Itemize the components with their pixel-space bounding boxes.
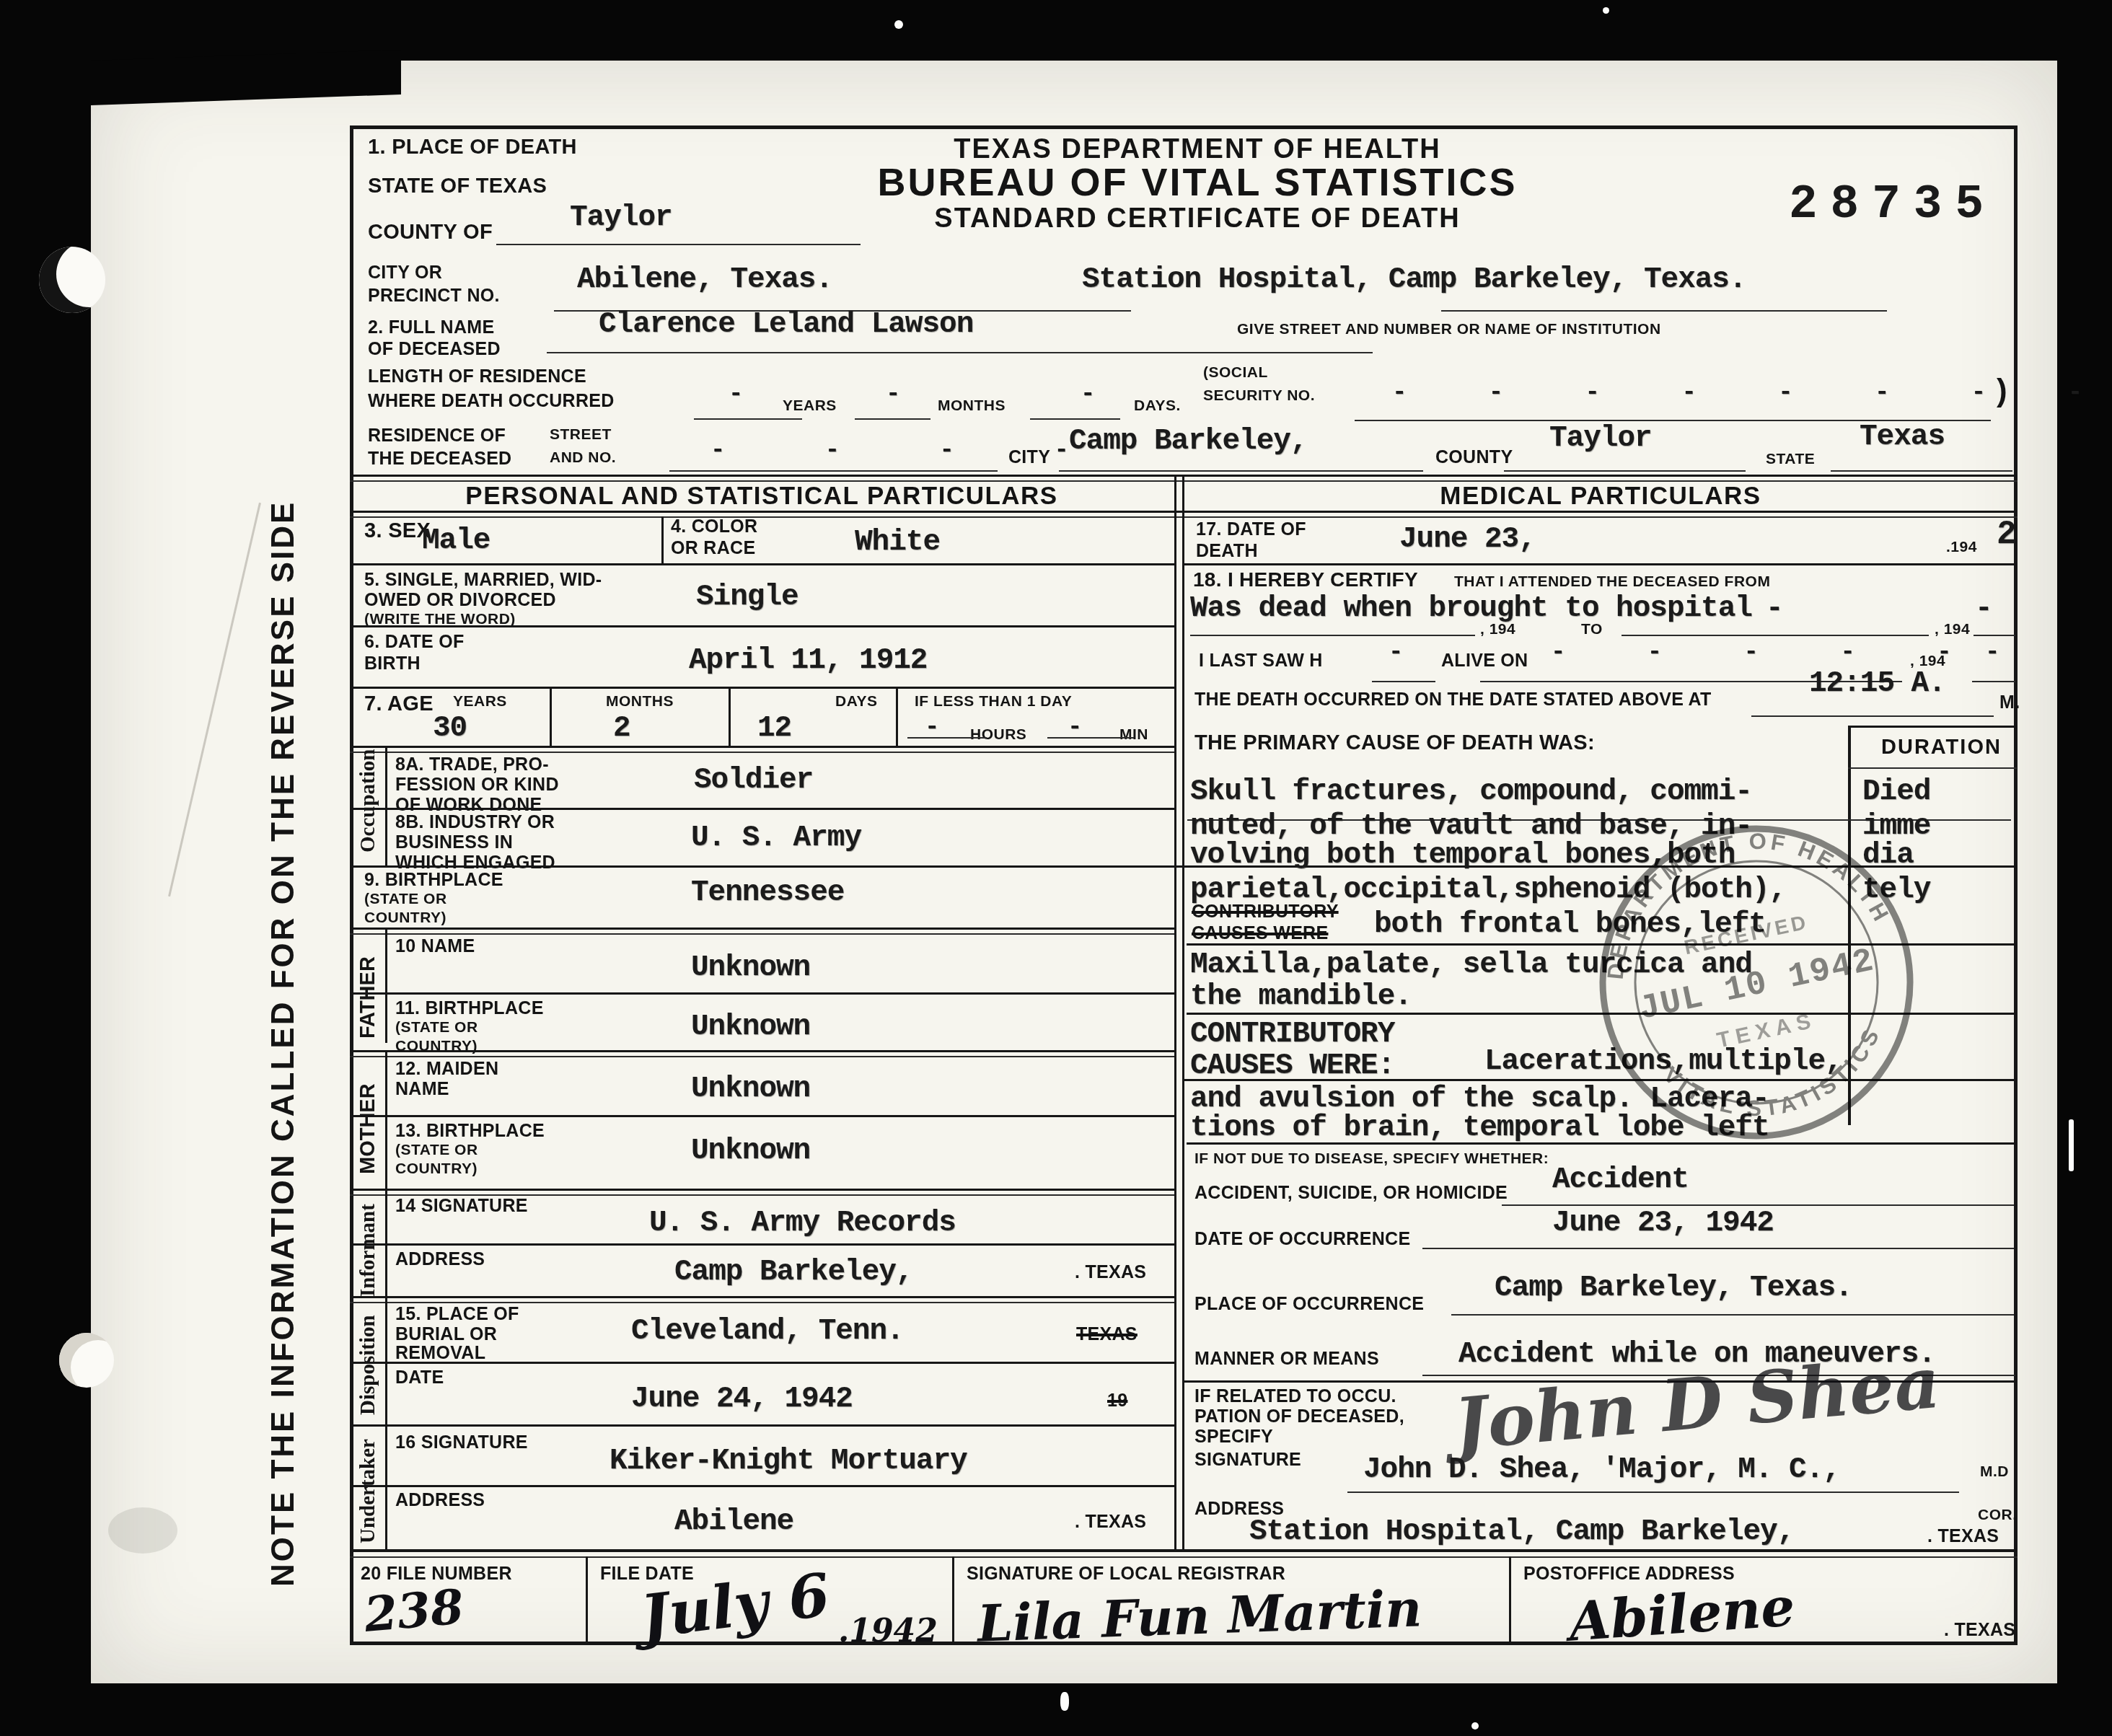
footer-divider-2 [952, 1556, 954, 1642]
certify-underline-2 [1622, 635, 1929, 636]
certificate-title: STANDARD CERTIFICATE OF DEATH [934, 205, 1460, 232]
certify-label-b: THAT I ATTENDED THE DECEASED FROM [1454, 574, 1770, 589]
date-occurrence-value: June 23, 1942 [1552, 1209, 1774, 1238]
dod-label-1: 17. DATE OF [1196, 521, 1306, 539]
rule-l-13 [350, 1362, 1174, 1364]
informant-group-label: Informant [356, 1203, 380, 1297]
registrar-signature-handwriting: Lila Fun Martin [977, 1583, 1422, 1649]
burial-date-value: June 24, 1942 [631, 1385, 853, 1414]
undertaker-addr-label: ADDRESS [395, 1492, 485, 1510]
stamp-received-text: RECEIVED [1682, 911, 1810, 959]
mother-name-label-2: NAME [395, 1080, 449, 1098]
length-underline-1 [694, 418, 802, 420]
contributory-label-1: CONTRIBUTORY [1190, 1020, 1394, 1049]
rule-l-14 [350, 1424, 1174, 1427]
county-value: Taylor [570, 203, 672, 233]
residence-state-label: STATE [1766, 451, 1815, 467]
age-hours-label: HOURS [970, 727, 1026, 742]
bureau-title: BUREAU OF VITAL STATISTICS [878, 163, 1518, 202]
industry-label-2: BUSINESS IN [395, 834, 513, 852]
dod-value: June 23, [1399, 525, 1536, 555]
duration-header-underline [1848, 767, 2017, 769]
race-value: White [855, 528, 940, 558]
fullname-label-2: OF DECEASED [368, 340, 501, 358]
rule-l-11 [350, 1243, 1174, 1246]
rule-bottom-a [350, 1549, 2018, 1552]
certify-dash-2: - [1975, 594, 1992, 624]
registrar-label: SIGNATURE OF LOCAL REGISTRAR [967, 1565, 1285, 1583]
dept-title: TEXAS DEPARTMENT OF HEALTH [954, 136, 1440, 163]
place-occurrence-underline [1451, 1314, 2014, 1316]
duration-box-top [1848, 726, 2017, 728]
speck-3 [1060, 1692, 1069, 1711]
months-label: MONTHS [938, 398, 1006, 413]
physician-address-value: Station Hospital, Camp Barkeley, [1249, 1517, 1794, 1547]
speck-1 [894, 20, 903, 29]
city-label-2: PRECINCT NO. [368, 287, 500, 305]
father-strip-divider [385, 928, 387, 1043]
speck-4 [1471, 1722, 1479, 1730]
rule-l-1 [350, 563, 1174, 565]
age-min-underline [1047, 737, 1134, 739]
center-divider-b [1182, 475, 1184, 1552]
certify-value: Was dead when brought to hospital [1190, 594, 1752, 624]
rule-r-5 [1187, 1142, 2015, 1145]
rule-l-7 [350, 992, 1174, 995]
informant-addr-label: ADDRESS [395, 1251, 485, 1269]
age-min-dash: - [1068, 715, 1081, 740]
residence-city-underline [1059, 470, 1423, 472]
undertaker-group-label: Undertaker [356, 1439, 380, 1543]
occupation-group-label: Occupation [356, 759, 380, 852]
rule-l-5 [350, 808, 1174, 810]
street-underline [669, 470, 998, 472]
burial-label-2: BURIAL OR [395, 1326, 497, 1344]
not-disease-label: IF NOT DUE TO DISEASE, SPECIFY WHETHER: [1194, 1151, 1549, 1166]
physician-typed-name: John D. Shea, 'Major, M. C., [1363, 1455, 1840, 1485]
rule-l-15 [350, 1485, 1174, 1487]
father-name-label: 10 NAME [395, 938, 475, 956]
residence-state-value: Texas [1860, 423, 1945, 452]
sex-race-divider [661, 516, 664, 563]
certificate-number: 28735 [1789, 177, 1997, 232]
dob-value: April 11, 1912 [689, 646, 927, 676]
ssn-label-1: (SOCIAL [1203, 365, 1268, 380]
rule-bottom-b [350, 1556, 2018, 1558]
age-days-label: DAYS [835, 694, 877, 709]
county-underline [496, 244, 861, 245]
marital-label-1: 5. SINGLE, MARRIED, WID- [364, 571, 602, 589]
birthplace-label-3: COUNTRY) [364, 910, 446, 925]
length-years-dash: - [729, 382, 742, 407]
rule-l-10a [350, 1189, 1174, 1191]
undertaker-sig-value: Kiker-Knight Mortuary [610, 1447, 967, 1476]
years-label: YEARS [783, 398, 837, 413]
dod-year-pre: .194 [1946, 539, 1977, 555]
street-label-1: STREET [550, 427, 612, 442]
marital-label-2: OWED OR DIVORCED [364, 591, 556, 609]
informant-state-label: . TEXAS [1075, 1264, 1146, 1282]
last-saw-underline-3 [1972, 681, 2015, 682]
birthplace-label-1: 9. BIRTHPLACE [364, 871, 503, 889]
age-days-value: 12 [757, 714, 791, 744]
rule-l-4b [350, 752, 1174, 753]
age-min-label: MIN [1119, 727, 1148, 742]
occupation-strip-divider [385, 746, 387, 865]
contributory-label-2: CAUSES WERE: [1190, 1052, 1394, 1081]
rule-l-3 [350, 687, 1174, 689]
place-occurrence-value: Camp Barkeley, Texas. [1495, 1274, 1852, 1303]
age-years-label: YEARS [453, 694, 507, 709]
disposition-strip-divider [385, 1296, 387, 1424]
dod-label-2: DEATH [1196, 542, 1258, 560]
length-underline-3 [1030, 418, 1120, 420]
days-label: DAYS. [1134, 398, 1181, 413]
fullname-label-1: 2. FULL NAME [368, 319, 494, 337]
mother-strip-divider [385, 1050, 387, 1189]
speck-2 [1603, 7, 1609, 14]
informant-sig-label: 14 SIGNATURE [395, 1197, 528, 1215]
place-of-death-label: 1. PLACE OF DEATH [368, 137, 577, 158]
age-divider-1 [550, 687, 552, 746]
father-group-label: FATHER [356, 938, 380, 1039]
birthplace-label-2: (STATE OR [364, 891, 447, 907]
cor-label: COR. [1978, 1507, 2018, 1523]
informant-addr-value: Camp Barkeley, [674, 1258, 912, 1287]
burial-place-value: Cleveland, Tenn. [631, 1317, 904, 1347]
left-section-header: PERSONAL AND STATISTICAL PARTICULARS [465, 482, 1057, 511]
industry-label-1: 8B. INDUSTRY OR [395, 814, 555, 832]
rule-r-1 [1184, 563, 2015, 565]
city-value: Abilene, Texas. [577, 265, 832, 295]
rule-l-12b [350, 1302, 1174, 1303]
file-year-handwriting: .1942 [838, 1616, 938, 1647]
rule-l-8b [350, 1056, 1174, 1057]
residence-state-underline [1831, 470, 2012, 472]
industry-value: U. S. Army [691, 824, 861, 853]
rule-l-2 [350, 625, 1174, 627]
age-months-value: 2 [613, 714, 630, 744]
certify-underline-1 [1190, 635, 1475, 636]
death-occurred-label: THE DEATH OCCURRED ON THE DATE STATED AB… [1194, 691, 1712, 709]
marital-value: Single [696, 583, 798, 612]
institution-underline [1441, 310, 1887, 312]
certify-to-label: TO [1581, 622, 1603, 637]
rule-l-12a [350, 1296, 1174, 1298]
signature-label: SIGNATURE [1194, 1451, 1301, 1469]
residence-city-value: Camp Barkeley, [1069, 427, 1307, 457]
punch-hole-top [39, 247, 105, 313]
fullname-value: Clarence Leland Lawson [599, 310, 973, 340]
dod-year: 2 [1997, 518, 2016, 551]
last-saw-year: , 194 [1910, 653, 1945, 669]
county-label: COUNTY OF [368, 222, 493, 243]
border-left [350, 125, 353, 1645]
place-occurrence-label: PLACE OF OCCURRENCE [1194, 1295, 1424, 1313]
death-time-value: 12:15 A. [1809, 669, 1945, 699]
death-time-m-label: M. [1999, 694, 2020, 712]
undertaker-state-label: . TEXAS [1075, 1513, 1146, 1531]
alive-on-label: ALIVE ON [1441, 652, 1528, 670]
cause-line-1: Skull fractures, compound, commi- [1190, 777, 1752, 807]
father-bp-label-1: 11. BIRTHPLACE [395, 1000, 544, 1018]
age-lt-label: IF LESS THAN 1 DAY [915, 694, 1072, 709]
border-top [350, 125, 2018, 129]
cause-line-7: the mandible. [1190, 982, 1412, 1012]
informant-sig-value: U. S. Army Records [649, 1209, 956, 1238]
reverse-side-note: NOTE THE INFORMATION CALLED FOR ON THE R… [265, 404, 302, 1587]
burial-texas-struck: TEXAS [1076, 1326, 1138, 1344]
mother-name-label-1: 12. MAIDEN [395, 1060, 498, 1078]
burial-label-3: REMOVAL [395, 1344, 485, 1362]
mother-group-label: MOTHER [356, 1066, 380, 1174]
alive-dashes: - - - - - [1551, 640, 1951, 665]
rule-l-6a [350, 928, 1174, 930]
md-label: M.D [1980, 1464, 2009, 1479]
last-saw-dash-2: - [1985, 640, 1999, 665]
undertaker-addr-value: Abilene [674, 1507, 793, 1537]
punch-hole-bottom [59, 1333, 114, 1388]
mother-bp-label-3: COUNTRY) [395, 1161, 478, 1176]
related-label-3: SPECIFY [1194, 1428, 1273, 1446]
center-divider-a [1174, 475, 1176, 1552]
footer-divider-3 [1509, 1556, 1511, 1642]
residence-county-label: COUNTY [1435, 449, 1513, 467]
length-underline-2 [855, 418, 930, 420]
signature-underline [1347, 1492, 1959, 1493]
age-hours-underline [907, 737, 987, 739]
physician-address-state: . TEXAS [1927, 1528, 1999, 1546]
certify-dash-1: - [1766, 594, 1783, 624]
age-divider-3 [896, 687, 898, 746]
postoffice-label: POSTOFFICE ADDRESS [1523, 1565, 1735, 1583]
sex-value: Male [422, 526, 490, 556]
primary-cause-label: THE PRIMARY CAUSE OF DEATH WAS: [1194, 733, 1595, 754]
mother-bp-label-2: (STATE OR [395, 1142, 478, 1158]
burial-label-1: 15. PLACE OF [395, 1305, 519, 1323]
postoffice-state-label: . TEXAS [1944, 1621, 2015, 1639]
age-months-label: MONTHS [606, 694, 674, 709]
residence-label-2: THE DECEASED [368, 450, 511, 468]
race-label-1: 4. COLOR [671, 518, 757, 536]
last-saw-label: I LAST SAW H [1199, 652, 1323, 670]
age-label: 7. AGE [364, 694, 434, 715]
related-label-2: PATION OF DECEASED, [1194, 1408, 1404, 1426]
fullname-underline [547, 352, 1373, 353]
residence-label-1: RESIDENCE OF [368, 427, 506, 445]
age-years-value: 30 [433, 714, 467, 744]
sex-label: 3. SEX [364, 521, 431, 542]
file-number-handwriting: 238 [362, 1582, 465, 1639]
certify-label-a: 18. I HEREBY CERTIFY [1193, 570, 1418, 590]
father-name-value: Unknown [691, 953, 810, 983]
length-res-label-2: WHERE DEATH OCCURRED [368, 392, 615, 410]
speck-5 [2069, 1119, 2074, 1171]
rule-l-4a [350, 746, 1174, 748]
struck-contributory-1: CONTRIBUTORY [1192, 903, 1339, 921]
rule-l-6b [350, 933, 1174, 935]
duration-header: DURATION [1881, 737, 2002, 758]
postoffice-handwriting: Abilene [1567, 1580, 1797, 1649]
disposition-group-label: Disposition [356, 1314, 380, 1415]
race-label-2: OR RACE [671, 539, 755, 558]
length-res-label-1: LENGTH OF RESIDENCE [368, 368, 586, 386]
date-occurrence-underline [1422, 1248, 2014, 1249]
footer-divider-1 [586, 1556, 588, 1642]
ssn-paren: ) [1997, 375, 2007, 407]
length-days-dash: - [1081, 382, 1094, 407]
scanned-death-certificate: NOTE THE INFORMATION CALLED FOR ON THE R… [0, 0, 2112, 1736]
age-hours-dash: - [925, 715, 938, 740]
last-saw-dash: - [1389, 640, 1402, 665]
mother-bp-label-1: 13. BIRTHPLACE [395, 1122, 545, 1140]
stamp-date-text: JUL 10 1942 [1636, 942, 1878, 1029]
city-label-1: CITY OR [368, 264, 442, 282]
length-months-dash: - [886, 382, 899, 407]
undertaker-sig-label: 16 SIGNATURE [395, 1434, 528, 1452]
certify-year-2: , 194 [1935, 622, 1970, 637]
manner-label: MANNER OR MEANS [1194, 1350, 1379, 1368]
residence-county-underline [1504, 470, 1746, 472]
age-divider-2 [729, 687, 731, 746]
related-label-1: IF RELATED TO OCCU. [1194, 1388, 1396, 1406]
dob-label-1: 6. DATE OF [364, 633, 465, 651]
father-bp-value: Unknown [691, 1013, 810, 1042]
birthplace-value: Tennessee [691, 878, 844, 908]
certify-year-1: , 194 [1480, 622, 1515, 637]
institution-note: GIVE STREET AND NUMBER OR NAME OF INSTIT… [1237, 322, 1661, 337]
accident-label: ACCIDENT, SUICIDE, OR HOMICIDE [1194, 1184, 1508, 1202]
accident-underline [1502, 1204, 2014, 1206]
rule-l-9 [350, 1115, 1174, 1117]
institution-value: Station Hospital, Camp Barkeley, Texas. [1082, 265, 1746, 295]
death-time-underline [1751, 715, 1994, 717]
received-stamp: DEPARTMENT OF HEALTH VITAL STATISTICS RE… [1559, 785, 1953, 1179]
trade-value: Soldier [694, 766, 813, 796]
right-section-header: MEDICAL PARTICULARS [1440, 482, 1761, 511]
border-right [2014, 125, 2018, 1645]
burial-date-label: DATE [395, 1369, 444, 1387]
last-saw-underline-1 [1372, 681, 1435, 682]
trade-label-1: 8A. TRADE, PRO- [395, 756, 549, 774]
struck-contributory-2: CAUSES WERE [1192, 925, 1328, 943]
informant-strip-divider [385, 1189, 387, 1296]
mother-bp-value: Unknown [691, 1137, 810, 1166]
smudge-stain [108, 1507, 177, 1554]
trade-label-2: FESSION OR KIND [395, 776, 559, 794]
dob-label-2: BIRTH [364, 655, 421, 673]
stamp-state-text: TEXAS [1715, 1008, 1818, 1052]
residence-city-label: CITY [1008, 449, 1050, 467]
state-of-texas-label: STATE OF TEXAS [368, 176, 547, 197]
ssn-dashes: - - - - - - - - [1392, 381, 2082, 405]
date-occurrence-label: DATE OF OCCURRENCE [1194, 1230, 1410, 1248]
ssn-label-2: SECURITY NO. [1203, 388, 1315, 403]
father-bp-label-2: (STATE OR [395, 1020, 478, 1035]
marital-label-3: (WRITE THE WORD) [364, 612, 516, 627]
residence-county-value: Taylor [1549, 424, 1652, 454]
burial-date-struck: 19 [1107, 1392, 1127, 1410]
mother-name-value: Unknown [691, 1075, 810, 1104]
street-label-2: AND NO. [550, 450, 616, 465]
rule-l-8a [350, 1050, 1174, 1052]
certify-underline-3 [1974, 635, 2015, 636]
